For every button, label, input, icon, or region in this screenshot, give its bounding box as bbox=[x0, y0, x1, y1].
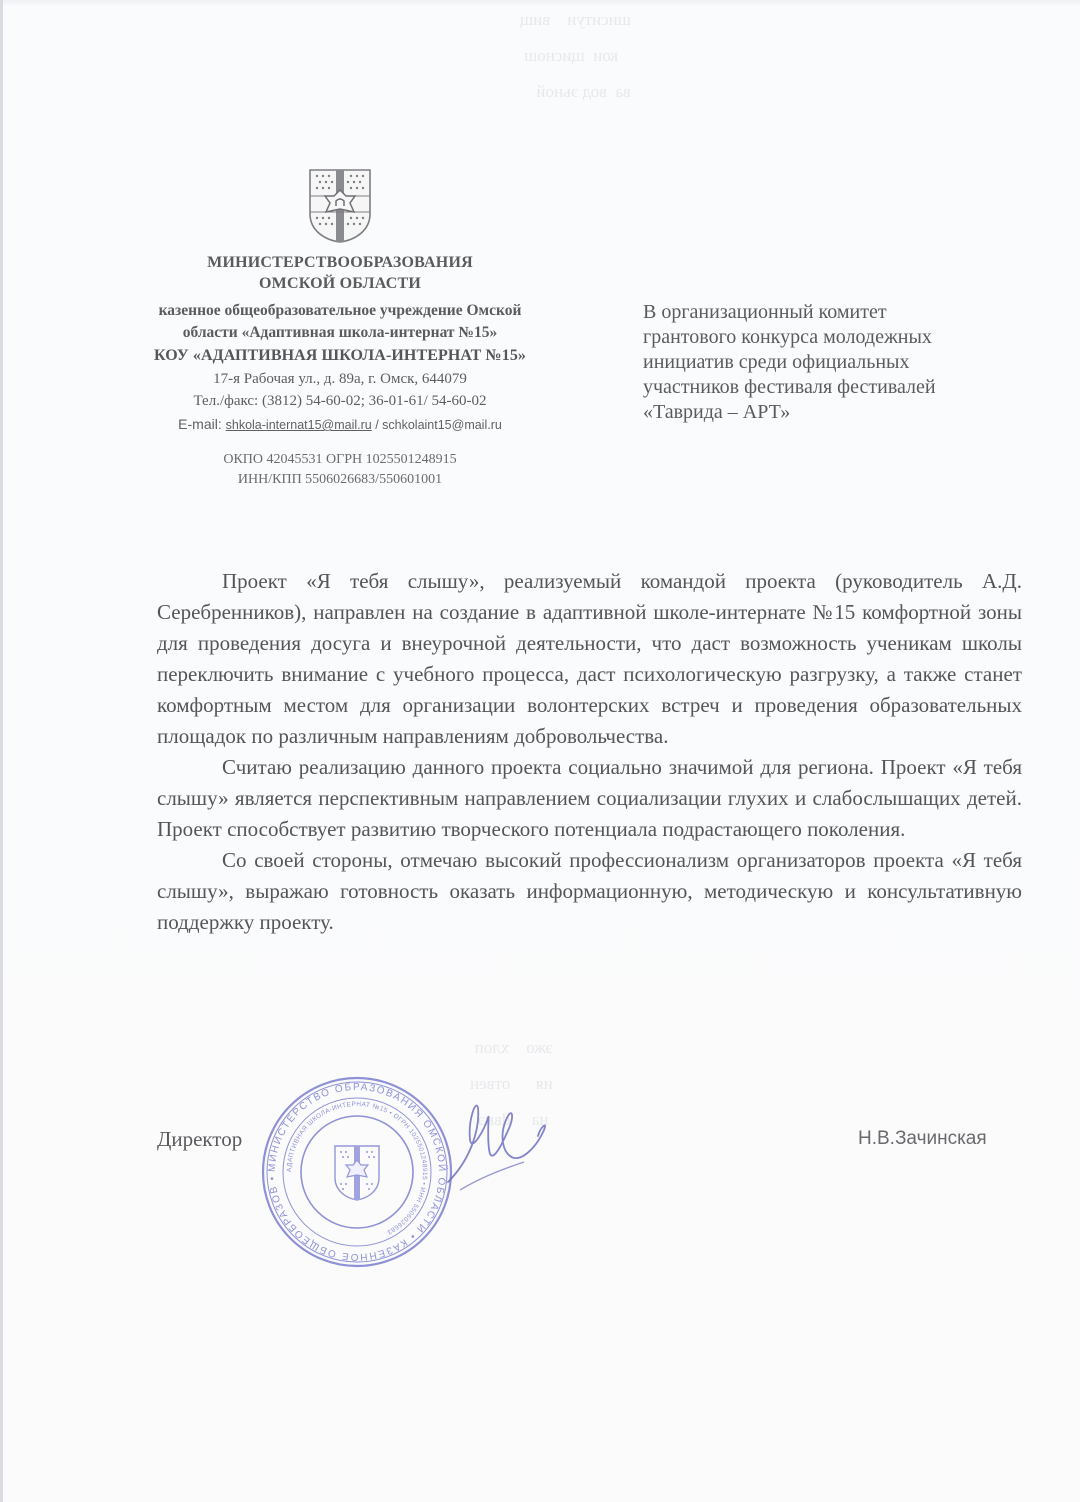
inn-kpp: ИНН/КПП 5506026683/550601001 bbox=[120, 470, 560, 490]
org-address: 17-я Рабочая ул., д. 89а, г. Омск, 64407… bbox=[120, 368, 560, 390]
letterhead: МИНИСТЕРСТВООБРАЗОВАНИЯ ОМСКОЙ ОБЛАСТИ к… bbox=[120, 168, 560, 490]
ministry-name-line1: МИНИСТЕРСТВООБРАЗОВАНИЯ bbox=[120, 252, 560, 273]
org-full-name-line1: казенное общеобразовательное учреждение … bbox=[120, 300, 560, 322]
show-through-text: шиситуи вищ кои щиснош ва вод эьной bbox=[520, 2, 631, 110]
okpo-ogrn: ОКПО 42045531 ОГРН 1025501248915 bbox=[120, 450, 560, 470]
org-phone: Тел./факс: (3812) 54-60-02; 36-01-61/ 54… bbox=[120, 390, 560, 412]
email-secondary: schkolaint15@mail.ru bbox=[382, 418, 502, 432]
addressee-block: В организационный комитет грантового кон… bbox=[643, 300, 1043, 425]
page-edge bbox=[0, 0, 3, 1502]
email-separator: / bbox=[372, 418, 382, 432]
addressee-line: инициатив среди официальных bbox=[643, 350, 1043, 375]
signatory-name: Н.В.Зачинская bbox=[858, 1126, 987, 1152]
ministry-name-line2: ОМСКОЙ ОБЛАСТИ bbox=[120, 273, 560, 294]
omsk-oblast-coat-of-arms-icon bbox=[308, 168, 372, 244]
official-round-stamp-icon: МИНИСТЕРСТВО ОБРАЗОВАНИЯ ОМСКОЙ ОБЛАСТИ … bbox=[257, 1072, 457, 1272]
document-page: шиситуи вищ кои щиснош ва вод эьной эжо … bbox=[0, 0, 1080, 1502]
body-paragraph: Проект «Я тебя слышу», реализуемый коман… bbox=[157, 566, 1022, 752]
email-primary-link[interactable]: shkola-internat15@mail.ru bbox=[226, 418, 372, 432]
body-paragraph: Со своей стороны, отмечаю высокий профес… bbox=[157, 845, 1022, 938]
org-short-name: КОУ «АДАПТИВНАЯ ШКОЛА-ИНТЕРНАТ №15» bbox=[120, 344, 560, 368]
org-codes: ОКПО 42045531 ОГРН 1025501248915 ИНН/КПП… bbox=[120, 450, 560, 490]
org-email: E-mail: shkola-internat15@mail.ru / schk… bbox=[120, 412, 560, 437]
org-full-name-line2: области «Адаптивная школа-интернат №15» bbox=[120, 322, 560, 344]
signatory-title: Директор bbox=[157, 1126, 242, 1152]
email-label: E-mail: bbox=[178, 416, 225, 432]
letter-body: Проект «Я тебя слышу», реализуемый коман… bbox=[157, 566, 1022, 938]
addressee-line: В организационный комитет bbox=[643, 300, 1043, 325]
body-paragraph: Считаю реализацию данного проекта социал… bbox=[157, 752, 1022, 845]
addressee-line: грантового конкурса молодежных bbox=[643, 325, 1043, 350]
handwritten-signature-icon bbox=[440, 1090, 560, 1200]
addressee-line: «Таврида – АРТ» bbox=[643, 400, 1043, 425]
addressee-line: участников фестиваля фестивалей bbox=[643, 375, 1043, 400]
